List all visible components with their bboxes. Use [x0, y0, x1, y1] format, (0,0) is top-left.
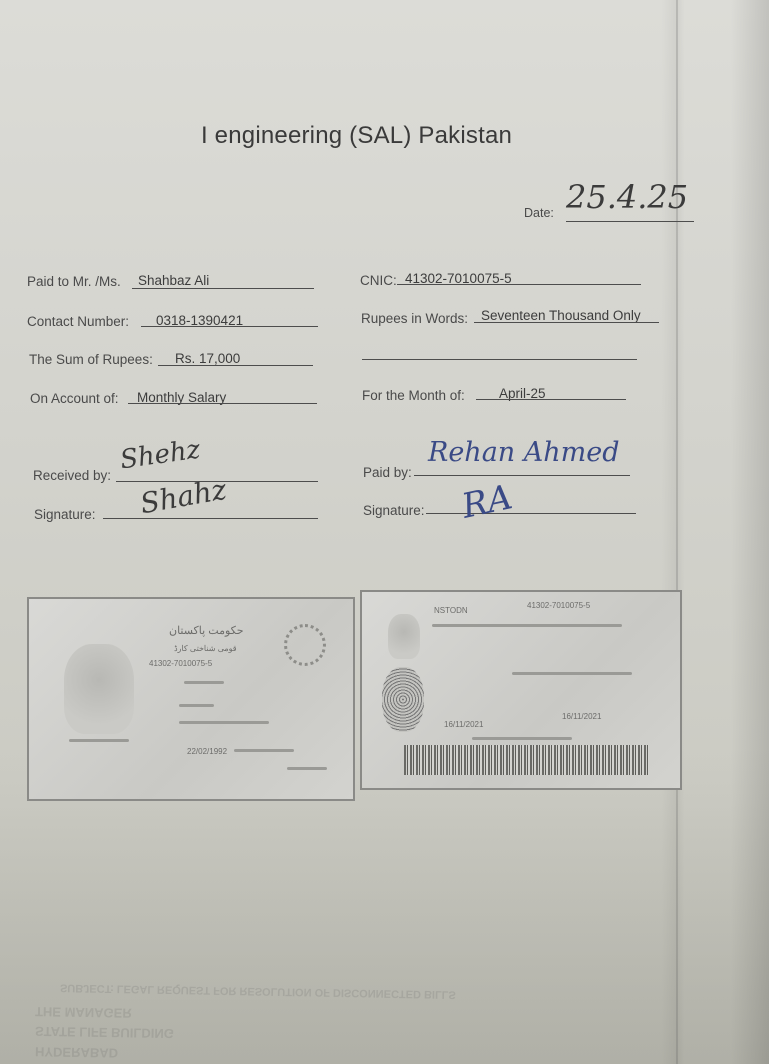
month-label: For the Month of: — [362, 388, 465, 403]
received-signature-line — [103, 518, 318, 519]
received-by-handwritten: Shehz — [118, 435, 202, 476]
paid-by-line — [414, 475, 630, 476]
paid-to-label: Paid to Mr. /Ms. — [27, 274, 121, 289]
sum-of-rupees-label: The Sum of Rupees: — [29, 352, 153, 367]
cnic-front-father-urdu — [179, 704, 214, 707]
page-shading — [0, 0, 769, 1064]
received-by-label: Received by: — [33, 468, 111, 483]
paid-to-value: Shahbaz Ali — [138, 273, 209, 288]
received-signature-handwritten: Shahz — [138, 473, 229, 521]
cnic-back-expiry-date: 16/11/2021 — [562, 712, 601, 721]
contact-number-label: Contact Number: — [27, 314, 129, 329]
paper-fold-line — [676, 0, 678, 1064]
cnic-line — [397, 284, 641, 285]
cnic-front-number: 41302-7010075-5 — [149, 659, 212, 668]
paid-by-handwritten: Rehan Ahmed — [428, 437, 620, 468]
cnic-back-photo — [388, 614, 420, 659]
cnic-front-place-urdu — [234, 749, 294, 752]
paid-signature-handwritten: RA — [458, 477, 515, 527]
cnic-back-line-urdu — [512, 672, 632, 675]
rupees-in-words-value: Seventeen Thousand Only — [481, 308, 641, 323]
date-label: Date: — [524, 206, 554, 220]
cnic-back-number: 41302-7010075-5 — [527, 601, 590, 610]
cnic-front-photo — [64, 644, 134, 734]
paid-by-label: Paid by: — [363, 465, 412, 480]
bleed-through-line-2: STATE LIFE BUILDING — [35, 1024, 174, 1041]
on-account-of-line — [128, 403, 317, 404]
sum-of-rupees-value: Rs. 17,000 — [175, 351, 240, 366]
cnic-front-misc-urdu — [287, 767, 327, 770]
month-line — [476, 399, 626, 400]
cnic-front-address-urdu — [179, 721, 269, 724]
cnic-label: CNIC: — [360, 273, 397, 288]
paid-to-line — [132, 288, 314, 289]
cnic-front-name-urdu — [184, 681, 224, 684]
cnic-back-address-urdu — [432, 624, 622, 627]
rupees-in-words-label: Rupees in Words: — [361, 311, 468, 326]
fingerprint-icon — [382, 667, 424, 732]
contact-number-line — [141, 326, 318, 327]
cnic-back-footer-urdu — [472, 737, 572, 740]
date-handwritten: 25.4.25 — [566, 178, 688, 216]
cnic-front-copy: حکومت پاکستان قومی شناختی کارڈ 41302-701… — [27, 597, 355, 801]
bleed-through-subject: SUBJECT: LEGAL REQUEST FOR RESOLUTION OF… — [60, 982, 456, 1001]
cnic-front-subheader: قومی شناختی کارڈ — [174, 644, 237, 653]
pakistan-emblem-icon — [284, 624, 326, 666]
sum-of-rupees-line — [158, 365, 313, 366]
company-title: I engineering (SAL) Pakistan — [0, 122, 713, 150]
cnic-back-code: NSTODN — [434, 606, 468, 615]
on-account-of-label: On Account of: — [30, 391, 119, 406]
rupees-in-words-continued-line — [362, 359, 637, 360]
paid-signature-label: Signature: — [363, 503, 425, 518]
cnic-front-signature-urdu — [69, 739, 129, 742]
cnic-front-dob: 22/02/1992 — [187, 747, 227, 756]
paid-signature-line — [426, 513, 636, 514]
pdf417-barcode — [404, 745, 649, 775]
bleed-through-line-3: THE MANAGER — [35, 1004, 132, 1021]
date-line — [566, 221, 694, 222]
cnic-front-header: حکومت پاکستان — [169, 624, 244, 637]
cnic-back-issue-date: 16/11/2021 — [444, 720, 483, 729]
cnic-back-copy: NSTODN 41302-7010075-5 16/11/2021 16/11/… — [360, 590, 682, 790]
received-signature-label: Signature: — [34, 507, 96, 522]
bleed-through-line-1: HYDERABAD — [35, 1044, 118, 1060]
rupees-in-words-line — [474, 322, 659, 323]
